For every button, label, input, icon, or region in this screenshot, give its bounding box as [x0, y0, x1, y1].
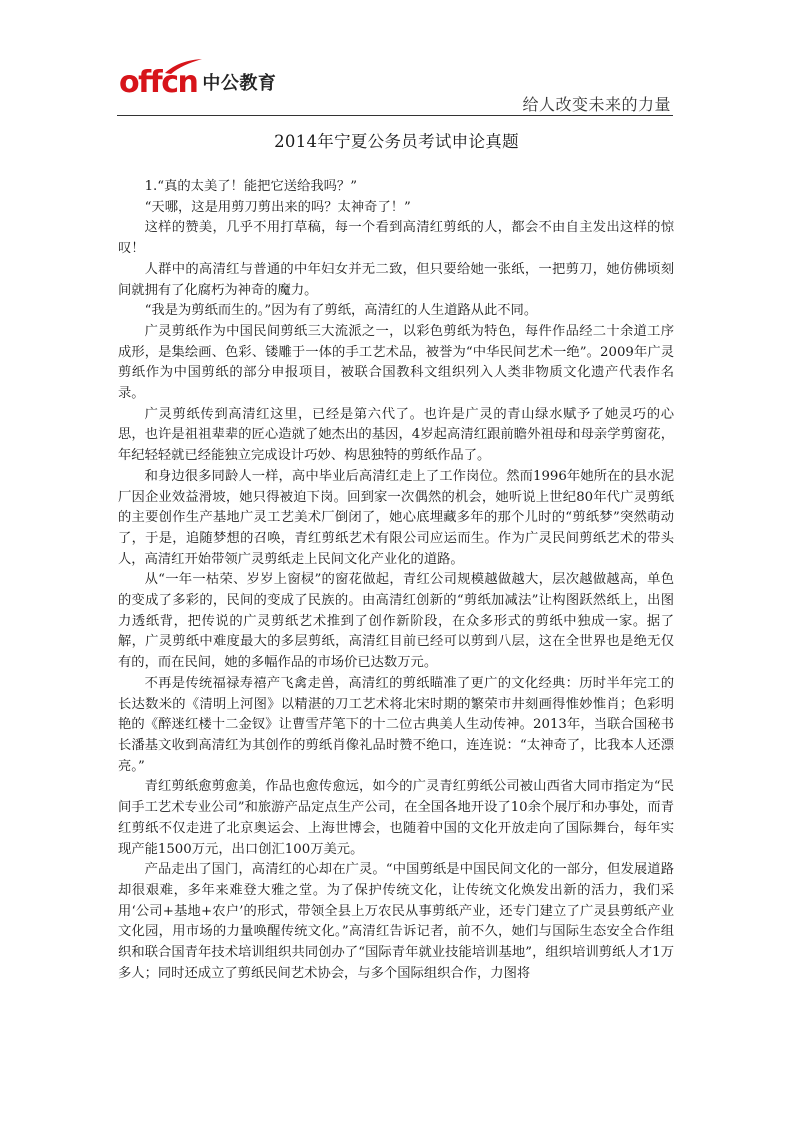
- header-divider: [117, 115, 673, 116]
- document-body: 1.“真的太美了！能把它送给我吗？” “天哪，这是用剪刀剪出来的吗？太神奇了！”…: [118, 177, 674, 984]
- paragraph: 产品走出了国门，高清红的心却在广灵。“中国剪纸是中国民间文化的一部分，但发展道路…: [118, 860, 674, 984]
- paragraph: 和身边很多同龄人一样，高中毕业后高清红走上了工作岗位。然而1996年她所在的县水…: [118, 467, 674, 571]
- document-title: 2014年宁夏公务员考试申论真题: [0, 128, 793, 152]
- paragraph: “我是为剪纸而生的。”因为有了剪纸，高清红的人生道路从此不同。: [118, 301, 674, 322]
- offcn-logo: offcn 中公教育: [119, 64, 276, 98]
- slogan: 给人改变未来的力量: [522, 92, 671, 115]
- paragraph: 不再是传统福禄寿禧产飞禽走兽，高清红的剪纸瞄准了更广的文化经典：历时半年完工的长…: [118, 674, 674, 778]
- paragraph: 从“一年一枯荣、岁岁上窗棂”的窗花做起，青红公司规模越做越大，层次越做越高，单色…: [118, 570, 674, 674]
- paragraph: 这样的赞美，几乎不用打草稿，每一个看到高清红剪纸的人，都会不由自主发出这样的惊叹…: [118, 218, 674, 259]
- paragraph: 青红剪纸愈剪愈美，作品也愈传愈远，如今的广灵青红剪纸公司被山西省大同市指定为“民…: [118, 777, 674, 860]
- paragraph: “天哪，这是用剪刀剪出来的吗？太神奇了！”: [118, 198, 674, 219]
- paragraph: 人群中的高清红与普通的中年妇女并无二致，但只要给她一张纸，一把剪刀，她仿佛顷刻间…: [118, 260, 674, 301]
- logo-text: 中公教育: [202, 69, 276, 95]
- page-header: offcn 中公教育 给人改变未来的力量: [117, 62, 673, 116]
- paragraph: 1.“真的太美了！能把它送给我吗？”: [118, 177, 674, 198]
- paragraph: 广灵剪纸作为中国民间剪纸三大流派之一，以彩色剪纸为特色，每件作品经二十余道工序成…: [118, 322, 674, 405]
- logo-swoosh-icon: [163, 58, 203, 74]
- paragraph: 广灵剪纸传到高清红这里，已经是第六代了。也许是广灵的青山绿水赋予了她灵巧的心思，…: [118, 405, 674, 467]
